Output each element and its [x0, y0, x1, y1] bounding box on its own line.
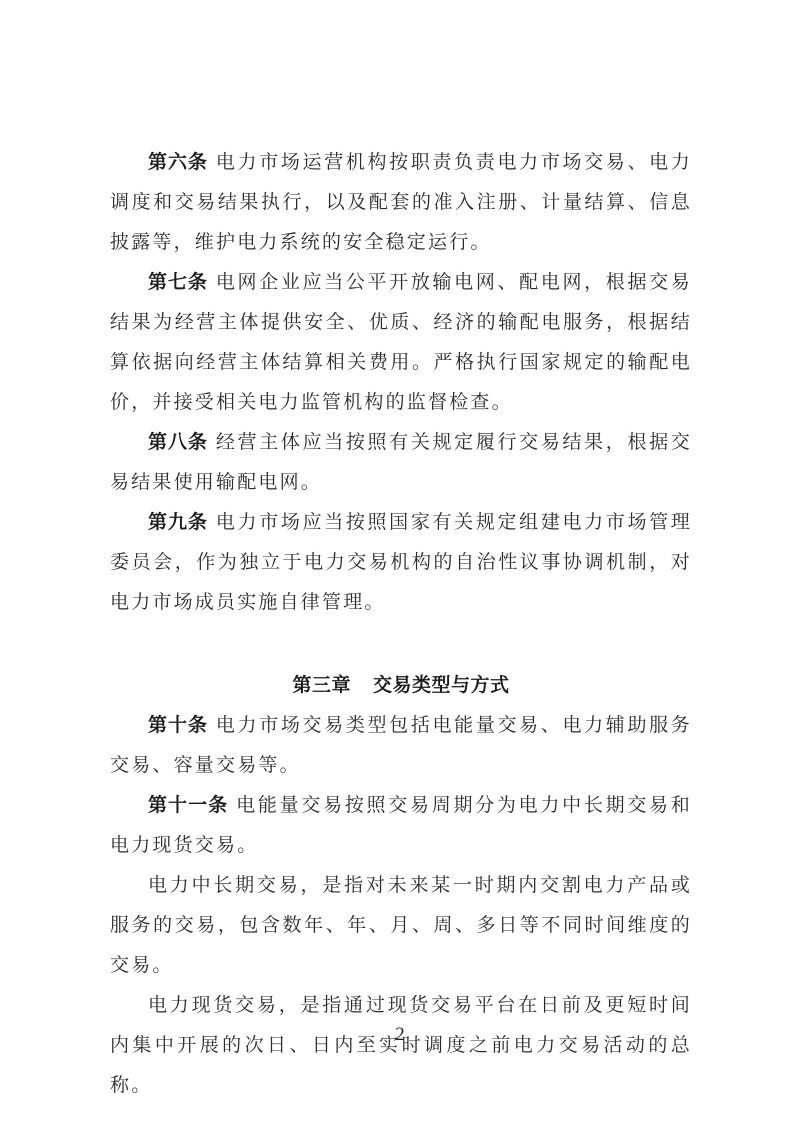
article-6: 第六条电力市场运营机构按职责负责电力市场交易、电力调度和交易结果执行，以及配套的… [110, 142, 692, 262]
page-number: 2 [0, 1024, 800, 1046]
article-label: 第六条 [148, 151, 208, 173]
chapter-title: 交易类型与方式 [373, 674, 510, 696]
article-7: 第七条电网企业应当公平开放输电网、配电网，根据交易结果为经营主体提供安全、优质、… [110, 262, 692, 422]
article-10: 第十条电力市场交易类型包括电能量交易、电力辅助服务交易、容量交易等。 [110, 705, 692, 785]
article-9: 第九条电力市场应当按照国家有关规定组建电力市场管理委员会，作为独立于电力交易机构… [110, 502, 692, 622]
article-label: 第九条 [148, 511, 208, 533]
article-label: 第八条 [148, 431, 208, 453]
article-label: 第十一条 [148, 794, 228, 816]
document-page: 第六条电力市场运营机构按职责负责电力市场交易、电力调度和交易结果执行，以及配套的… [0, 0, 800, 1130]
document-body: 第六条电力市场运营机构按职责负责电力市场交易、电力调度和交易结果执行，以及配套的… [110, 142, 692, 1105]
chapter-number: 第三章 [292, 674, 351, 696]
article-11: 第十一条电能量交易按照交易周期分为电力中长期交易和电力现货交易。 [110, 785, 692, 865]
article-8: 第八条经营主体应当按照有关规定履行交易结果，根据交易结果使用输配电网。 [110, 422, 692, 502]
article-label: 第十条 [148, 714, 208, 736]
article-label: 第七条 [148, 271, 208, 293]
paragraph-medium-long-term: 电力中长期交易，是指对未来某一时期内交割电力产品或服务的交易，包含数年、年、月、… [110, 865, 692, 985]
chapter-heading: 第三章交易类型与方式 [110, 665, 692, 705]
